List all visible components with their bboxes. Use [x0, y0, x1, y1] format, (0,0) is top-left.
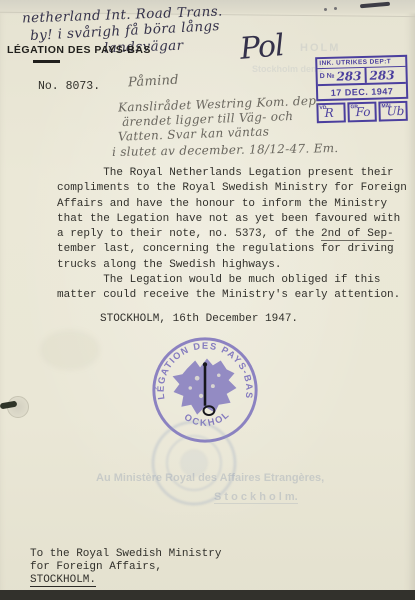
- address-block: To the Royal Swedish Ministry for Foreig…: [30, 548, 221, 587]
- stamp-divider: [364, 68, 366, 83]
- speck-dot: [324, 8, 327, 11]
- seal-texture-speck: [188, 386, 192, 390]
- registry-stamp: INK. UTRIKES DEP:T D № 283 283 17 DEC. 1…: [315, 55, 409, 123]
- stamp-date: 17 DEC. 1947: [318, 84, 406, 99]
- letterhead: LÉGATION DES PAYS-BAS: [7, 44, 151, 56]
- registry-stamp-box: INK. UTRIKES DEP:T D № 283 283 17 DEC. 1…: [315, 55, 408, 101]
- seal-texture-speck: [199, 394, 203, 398]
- pencil-line: Påmind: [128, 73, 180, 91]
- underlined-phrase: 2nd of Sep-: [321, 228, 394, 241]
- stamp-dno-value: 283: [369, 68, 394, 83]
- stamp-cells-row: VD R GR. Fo MÅL Ub: [316, 101, 408, 123]
- stamp-cell: VD R: [316, 102, 346, 123]
- reference-number: No. 8073.: [38, 80, 100, 93]
- stamp-cell-entry: Fo: [355, 105, 370, 119]
- body-line: compliments to the Royal Swedish Ministr…: [57, 181, 407, 196]
- address-line-underlined: STOCKHOLM.: [30, 574, 96, 587]
- speck-dot: [334, 7, 337, 10]
- body-line: that the Legation have not as yet been f…: [57, 212, 407, 227]
- scanned-document-page: netherland Int. Road Trans. by! i svårig…: [0, 0, 415, 600]
- body-line: tember last, concerning the regulations …: [57, 242, 407, 257]
- stamp-cell-entry: Ub: [386, 104, 404, 118]
- seal-texture-speck: [195, 376, 200, 381]
- bottom-scan-band: [0, 590, 415, 600]
- stamp-dno-label: D №: [318, 73, 337, 80]
- body-line-text: a reply to their note, no. 5373, of the: [57, 228, 321, 240]
- ghost-text-line: S t o c k h o l m.: [214, 491, 298, 504]
- ghost-text-line: Au Ministère Royal des Affaires Etrangèr…: [96, 472, 324, 484]
- address-line: for Foreign Affairs,: [30, 561, 221, 574]
- ghost-text-top: Stockholm den 2: [252, 64, 324, 74]
- routing-mark: Pol: [239, 28, 286, 67]
- ghost-text-top: HOLM: [300, 42, 340, 54]
- seal-texture-speck: [217, 373, 221, 377]
- stamp-cell: GR. Fo: [347, 102, 377, 123]
- body-paragraph: The Royal Netherlands Legation present t…: [57, 166, 407, 327]
- seal-texture-speck: [211, 384, 215, 388]
- paper-stain: [40, 330, 100, 370]
- stamp-dno-value: 283: [336, 69, 361, 84]
- stamp-cell: MÅL Ub: [378, 101, 408, 122]
- body-line: trucks along the Swedish highways.: [57, 258, 407, 273]
- body-line: The Royal Netherlands Legation present t…: [57, 166, 407, 181]
- body-line: The Legation would be much obliged if th…: [57, 273, 407, 288]
- body-line: Affairs and have the honour to inform th…: [57, 197, 407, 212]
- dateline: STOCKHOLM, 16th December 1947.: [100, 312, 407, 327]
- body-line: a reply to their note, no. 5373, of the …: [57, 227, 407, 242]
- body-line: matter could receive the Ministry's earl…: [57, 288, 407, 303]
- address-line: To the Royal Swedish Ministry: [30, 548, 221, 561]
- pencil-line: i slutet av december. 18/12-47. Em.: [112, 141, 339, 159]
- letterhead-rule: [33, 60, 60, 63]
- stamp-cell-entry: R: [324, 106, 333, 120]
